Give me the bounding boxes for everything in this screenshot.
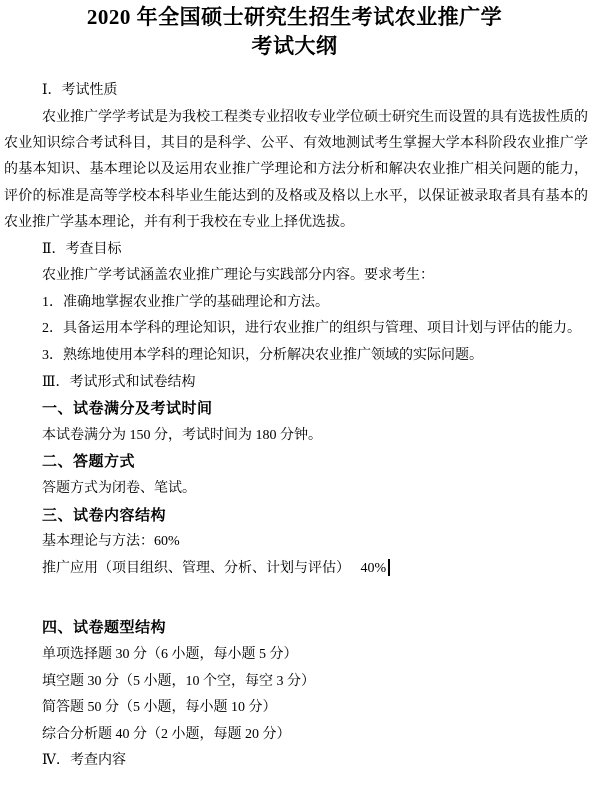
objective-item-1: 1．准确地掌握农业推广学的基础理论和方法。: [4, 290, 588, 317]
subsection-3-heading: 三、试卷内容结构: [4, 503, 588, 530]
subsection-2-heading: 二、答题方式: [4, 449, 588, 476]
question-type-item-3: 简答题 50 分（5 小题，每小题 10 分）: [4, 695, 588, 722]
section-4-heading: Ⅳ．考查内容: [4, 748, 588, 775]
document-page: 2020 年全国硕士研究生招生考试农业推广学 考试大纲 Ⅰ．考试性质 农业推广学…: [0, 0, 589, 807]
document-title: 2020 年全国硕士研究生招生考试农业推广学 考试大纲: [0, 0, 589, 61]
subsection-1-heading: 一、试卷满分及考试时间: [4, 396, 588, 423]
section-2-intro: 农业推广学考试涵盖农业推广理论与实践部分内容。要求考生：: [4, 263, 588, 290]
title-line-2: 考试大纲: [0, 32, 589, 61]
document-body: Ⅰ．考试性质 农业推广学学考试是为我校工程类专业招收专业学位硕士研究生而设置的具…: [4, 78, 588, 775]
content-structure-line-1: 基本理论与方法：60%: [4, 529, 588, 556]
section-3-heading: Ⅲ．考试形式和试卷结构: [4, 370, 588, 397]
subsection-1-text: 本试卷满分为 150 分，考试时间为 180 分钟。: [4, 423, 588, 450]
question-type-item-4: 综合分析题 40 分（2 小题，每题 20 分）: [4, 722, 588, 749]
section-1-heading: Ⅰ．考试性质: [4, 78, 588, 105]
subsection-2-text: 答题方式为闭卷、笔试。: [4, 476, 588, 503]
question-type-item-1: 单项选择题 30 分（6 小题，每小题 5 分）: [4, 642, 588, 669]
blank-line: [4, 582, 588, 615]
content-structure-line-2-text: 推广应用（项目组织、管理、分析、计划与评估） 40%: [42, 561, 386, 576]
objective-item-2: 2．具备运用本学科的理论知识，进行农业推广的组织与管理、项目计划与评估的能力。: [4, 316, 588, 343]
subsection-4-heading: 四、试卷题型结构: [4, 615, 588, 642]
content-structure-line-2: 推广应用（项目组织、管理、分析、计划与评估） 40%: [4, 556, 588, 583]
section-1-paragraph: 农业推广学学考试是为我校工程类专业招收专业学位硕士研究生而设置的具有选拔性质的农…: [4, 105, 588, 237]
question-type-item-2: 填空题 30 分（5 小题，10 个空，每空 3 分）: [4, 669, 588, 696]
objective-item-3: 3．熟练地使用本学科的理论知识，分析解决农业推广领域的实际问题。: [4, 343, 588, 370]
text-cursor: [388, 559, 390, 576]
section-2-heading: Ⅱ．考查目标: [4, 237, 588, 264]
title-line-1: 2020 年全国硕士研究生招生考试农业推广学: [0, 3, 589, 32]
